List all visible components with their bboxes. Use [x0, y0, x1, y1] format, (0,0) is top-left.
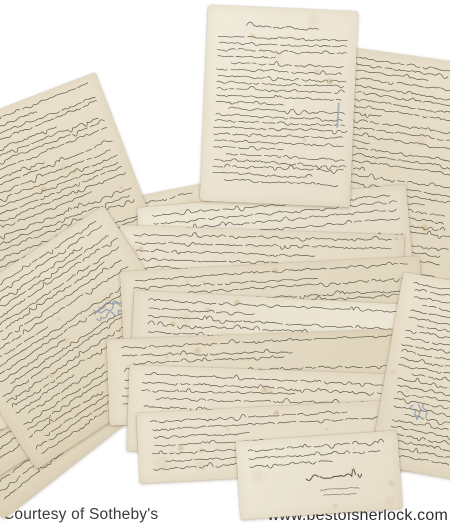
- handwriting-scribble: [235, 430, 402, 519]
- manuscript-signature-page: [235, 430, 402, 519]
- manuscript-title-page: [200, 5, 358, 207]
- manuscript-photo: Courtesy of Sotheby's www.bestofsherlock…: [0, 0, 450, 528]
- handwriting-scribble: [200, 5, 358, 207]
- caption-courtesy: Courtesy of Sotheby's: [3, 506, 158, 524]
